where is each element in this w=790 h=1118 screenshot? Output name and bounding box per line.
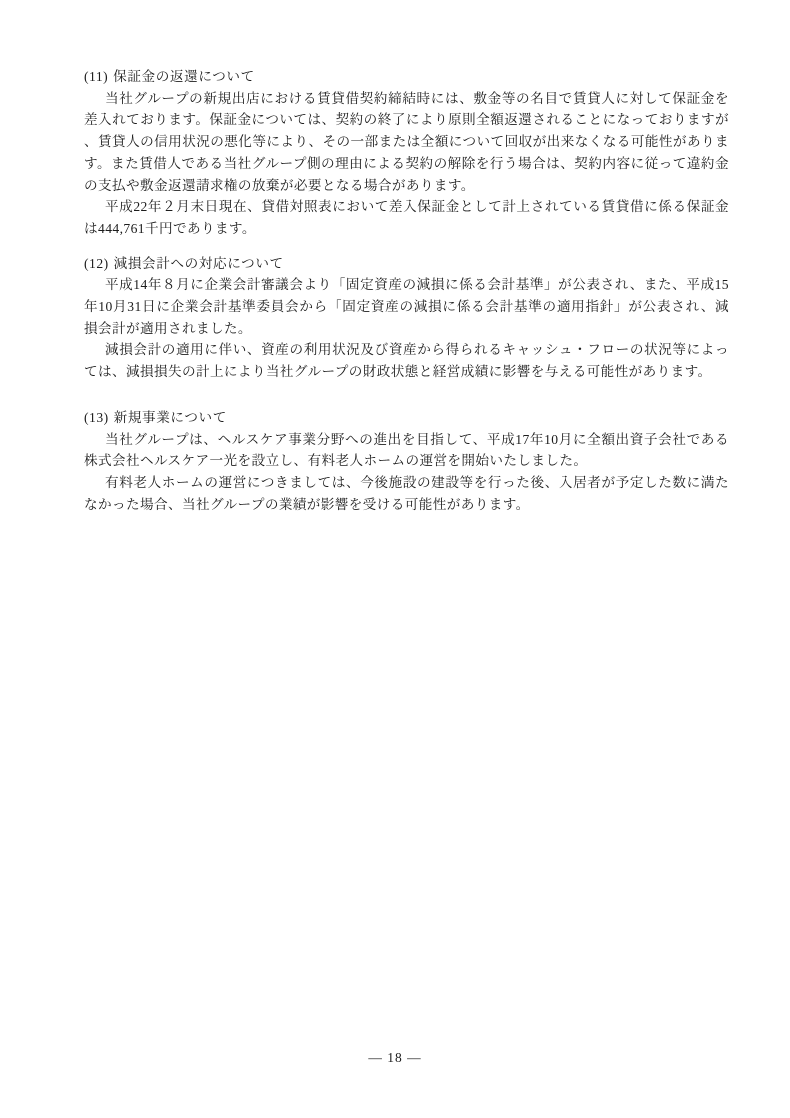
section-paragraph: 平成14年８月に企業会計審議会より「固定資産の減損に係る会計基準」が公表され、ま… bbox=[84, 274, 729, 339]
section-heading: (11)保証金の返還について bbox=[84, 66, 729, 88]
page-number-footer: — 18 — bbox=[0, 1050, 790, 1066]
risk-section-13: (13)新規事業について当社グループは、ヘルスケア事業分野への進出を目指して、平… bbox=[84, 407, 729, 516]
section-paragraph: 有料老人ホームの運営につきましては、今後施設の建設等を行った後、入居者が予定した… bbox=[84, 472, 729, 515]
section-title: 減損会計への対応について bbox=[114, 256, 284, 271]
section-paragraph: 減損会計の適用に伴い、資産の利用状況及び資産から得られるキャッシュ・フローの状況… bbox=[84, 339, 729, 382]
section-paragraph: 当社グループは、ヘルスケア事業分野への進出を目指して、平成17年10月に全額出資… bbox=[84, 429, 729, 472]
risk-section-11: (11)保証金の返還について当社グループの新規出店における賃貸借契約締結時には、… bbox=[84, 66, 729, 240]
section-number: (12) bbox=[84, 256, 109, 271]
section-paragraph: 平成22年２月末日現在、貸借対照表において差入保証金として計上されている賃貸借に… bbox=[84, 196, 729, 239]
section-heading: (12)減損会計への対応について bbox=[84, 253, 729, 275]
section-number: (11) bbox=[84, 69, 108, 84]
page-body: (11)保証金の返還について当社グループの新規出店における賃貸借契約締結時には、… bbox=[84, 66, 729, 515]
sections-container: (11)保証金の返還について当社グループの新規出店における賃貸借契約締結時には、… bbox=[84, 66, 729, 515]
risk-section-12: (12)減損会計への対応について平成14年８月に企業会計審議会より「固定資産の減… bbox=[84, 253, 729, 383]
section-paragraph: 当社グループの新規出店における賃貸借契約締結時には、敷金等の名目で賃貸人に対して… bbox=[84, 88, 729, 197]
document-page: (11)保証金の返還について当社グループの新規出店における賃貸借契約締結時には、… bbox=[0, 0, 790, 1118]
section-number: (13) bbox=[84, 410, 109, 425]
section-heading: (13)新規事業について bbox=[84, 407, 729, 429]
section-title: 保証金の返還について bbox=[113, 69, 255, 84]
section-title: 新規事業について bbox=[114, 410, 227, 425]
